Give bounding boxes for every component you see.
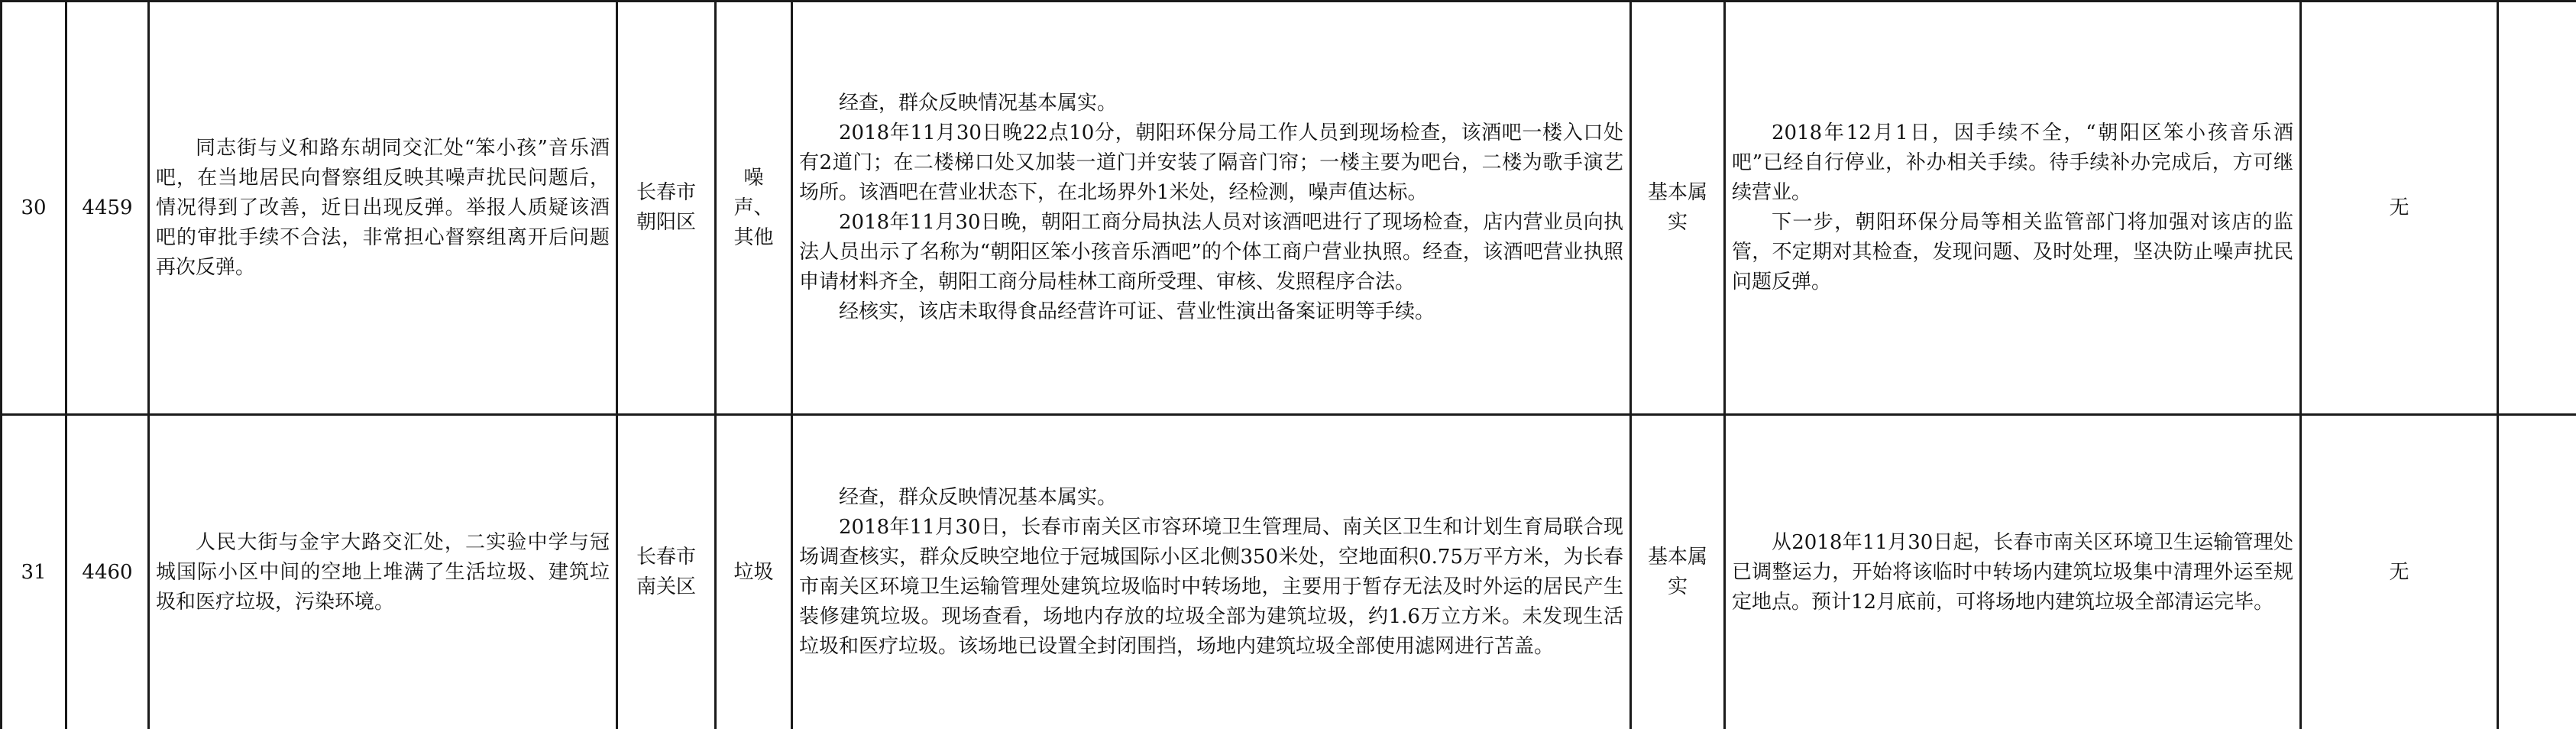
complaint-cell: 人民大街与金宇大路交汇处，二实验中学与冠城国际小区中间的空地上堆满了生活垃圾、建… bbox=[149, 415, 617, 729]
seq-cell: 31 bbox=[2, 415, 66, 729]
seq-cell: 30 bbox=[2, 2, 66, 415]
complaint-text: 同志街与义和路东胡同交汇处“笨小孩”音乐酒吧，在当地居民向督察组反映其噪声扰民问… bbox=[156, 134, 610, 283]
investigation-para: 2018年11月30日晚，朝阳工商分局执法人员对该酒吧进行了现场检查，店内营业员… bbox=[799, 208, 1623, 297]
accountability-cell: 无 bbox=[2301, 2, 2498, 415]
category-cell: 噪声、其他 bbox=[716, 2, 792, 415]
complaint-text: 人民大街与金宇大路交汇处，二实验中学与冠城国际小区中间的空地上堆满了生活垃圾、建… bbox=[156, 528, 610, 617]
investigation-para: 2018年11月30日晚22点10分，朝阳环保分局工作人员到现场检查，该酒吧一楼… bbox=[799, 118, 1623, 208]
table-row: 31 4460 人民大街与金宇大路交汇处，二实验中学与冠城国际小区中间的空地上堆… bbox=[2, 415, 2576, 729]
investigation-para: 2018年11月30日，长春市南关区市容环境卫生管理局、南关区卫生和计划生育局联… bbox=[799, 513, 1623, 662]
verdict-cell: 基本属实 bbox=[1631, 2, 1725, 415]
verdict-cell: 基本属实 bbox=[1631, 415, 1725, 729]
district-cell: 长春市南关区 bbox=[617, 415, 716, 729]
handling-para: 从2018年11月30日起，长春市南关区环境卫生运输管理处已调整运力，开始将该临… bbox=[1732, 528, 2293, 617]
complaint-cell: 同志街与义和路东胡同交汇处“笨小孩”音乐酒吧，在当地居民向督察组反映其噪声扰民问… bbox=[149, 2, 617, 415]
investigation-para: 经查，群众反映情况基本属实。 bbox=[799, 89, 1623, 118]
remarks-cell bbox=[2498, 415, 2576, 729]
investigation-para: 经查，群众反映情况基本属实。 bbox=[799, 483, 1623, 513]
case-number-cell: 4460 bbox=[66, 415, 149, 729]
handling-para: 下一步，朝阳环保分局等相关监管部门将加强对该店的监管，不定期对其检查，发现问题、… bbox=[1732, 208, 2293, 297]
category-cell: 垃圾 bbox=[716, 415, 792, 729]
handling-cell: 从2018年11月30日起，长春市南关区环境卫生运输管理处已调整运力，开始将该临… bbox=[1725, 415, 2301, 729]
accountability-cell: 无 bbox=[2301, 415, 2498, 729]
investigation-cell: 经查，群众反映情况基本属实。 2018年11月30日晚22点10分，朝阳环保分局… bbox=[792, 2, 1631, 415]
district-cell: 长春市朝阳区 bbox=[617, 2, 716, 415]
investigation-cell: 经查，群众反映情况基本属实。 2018年11月30日，长春市南关区市容环境卫生管… bbox=[792, 415, 1631, 729]
complaint-table: 30 4459 同志街与义和路东胡同交汇处“笨小孩”音乐酒吧，在当地居民向督察组… bbox=[0, 0, 2576, 729]
table-row: 30 4459 同志街与义和路东胡同交汇处“笨小孩”音乐酒吧，在当地居民向督察组… bbox=[2, 2, 2576, 415]
remarks-cell bbox=[2498, 2, 2576, 415]
handling-cell: 2018年12月1日，因手续不全，“朝阳区笨小孩音乐酒吧”已经自行停业，补办相关… bbox=[1725, 2, 2301, 415]
investigation-para: 经核实，该店未取得食品经营许可证、营业性演出备案证明等手续。 bbox=[799, 297, 1623, 327]
case-number-cell: 4459 bbox=[66, 2, 149, 415]
handling-para: 2018年12月1日，因手续不全，“朝阳区笨小孩音乐酒吧”已经自行停业，补办相关… bbox=[1732, 118, 2293, 208]
